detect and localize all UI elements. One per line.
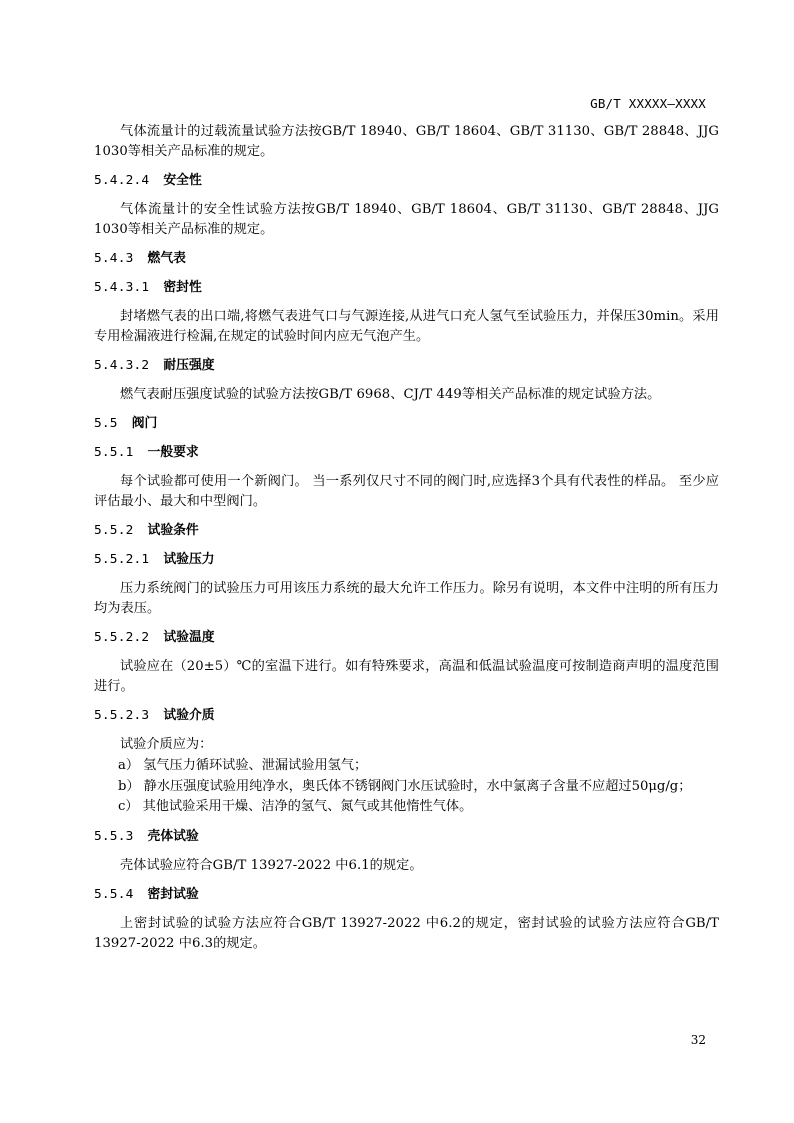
document-page: GB/T XXXXX—XXXX 气体流量计的过载流量试验方法按GB/T 1894… (0, 0, 794, 1123)
section-number: 5.4.3.1 (94, 280, 149, 295)
section-blocks: 气体流量计的过载流量试验方法按GB/T 18940、GB/T 18604、GB/… (94, 122, 719, 726)
page-number: 32 (691, 1033, 706, 1047)
section-heading: 5.4.3.2耐压强度 (94, 356, 719, 376)
section-number: 5.5.4 (94, 887, 134, 902)
list-item: b）静水压强度试验用纯净水，奥氏体不锈钢阀门水压试验时，水中氯离子含量不应超过5… (94, 777, 719, 798)
section-heading: 5.5阀门 (94, 414, 719, 434)
list-marker: b） (118, 779, 140, 794)
section-heading: 5.5.2.1试验压力 (94, 550, 719, 570)
section-heading: 5.4.3燃气表 (94, 249, 719, 269)
section-number: 5.4.3.2 (94, 358, 149, 373)
section-number: 5.5.2.2 (94, 630, 149, 645)
section-heading: 5.5.2.2试验温度 (94, 628, 719, 648)
body-paragraph: 试验应在（20±5）℃的室温下进行。如有特殊要求，高温和低温试验温度可按制造商声… (94, 657, 719, 697)
document-code-header: GB/T XXXXX—XXXX (590, 96, 706, 111)
medium-intro: 试验介质应为： (94, 735, 719, 755)
section-number: 5.4.2.4 (94, 173, 149, 188)
section-number: 5.4.3 (94, 251, 134, 266)
section-number: 5.5.2.1 (94, 552, 149, 567)
section-title: 一般要求 (148, 445, 199, 460)
body-paragraph: 气体流量计的过载流量试验方法按GB/T 18940、GB/T 18604、GB/… (94, 122, 719, 162)
section-heading: 5.4.2.4安全性 (94, 171, 719, 191)
body-paragraph: 压力系统阀门的试验压力可用该压力系统的最大允许工作压力。除另有说明，本文件中注明… (94, 579, 719, 619)
list-item: c）其他试验采用干燥、洁净的氢气、氮气或其他惰性气体。 (94, 797, 719, 818)
medium-list: a）氢气压力循环试验、泄漏试验用氢气； b）静水压强度试验用纯净水，奥氏体不锈钢… (94, 756, 719, 818)
list-marker: c） (118, 799, 139, 814)
section-heading: 5.5.2.3试验介质 (94, 706, 719, 726)
section-title: 安全性 (163, 173, 201, 188)
list-item-text: 氢气压力循环试验、泄漏试验用氢气； (143, 758, 367, 773)
section-heading: 5.5.2试验条件 (94, 521, 719, 541)
list-item-text: 其他试验采用干燥、洁净的氢气、氮气或其他惰性气体。 (143, 799, 473, 814)
section-title: 试验条件 (148, 523, 199, 538)
body-paragraph: 封堵燃气表的出口端,将燃气表进气口与气源连接,从进气口充人氢气至试验压力，并保压… (94, 307, 719, 347)
section-number: 5.5.3 (94, 829, 134, 844)
section-title: 密封试验 (148, 887, 199, 902)
section-heading: 5.4.3.1密封性 (94, 278, 719, 298)
page-content: 气体流量计的过载流量试验方法按GB/T 18940、GB/T 18604、GB/… (94, 122, 719, 963)
body-paragraph: 燃气表耐压强度试验的试验方法按GB/T 6968、CJ/T 449等相关产品标准… (94, 385, 719, 405)
section-title: 试验介质 (163, 708, 214, 723)
list-item: a）氢气压力循环试验、泄漏试验用氢气； (94, 756, 719, 777)
body-paragraph: 壳体试验应符合GB/T 13927-2022 中6.1的规定。 (94, 856, 719, 876)
section-title: 试验温度 (163, 630, 214, 645)
body-paragraph: 上密封试验的试验方法应符合GB/T 13927-2022 中6.2的规定，密封试… (94, 914, 719, 954)
list-marker: a） (118, 758, 139, 773)
section-number: 5.5.2.3 (94, 708, 149, 723)
list-item-text: 静水压强度试验用纯净水，奥氏体不锈钢阀门水压试验时，水中氯离子含量不应超过50μ… (144, 779, 692, 794)
section-title: 燃气表 (148, 251, 186, 266)
section-title: 耐压强度 (163, 358, 214, 373)
section-title: 试验压力 (163, 552, 214, 567)
section-number: 5.5.1 (94, 445, 134, 460)
section-heading: 5.5.4密封试验 (94, 885, 719, 905)
section-heading: 5.5.1一般要求 (94, 443, 719, 463)
section-title: 阀门 (132, 416, 158, 431)
section-heading: 5.5.3壳体试验 (94, 827, 719, 847)
section-title: 密封性 (163, 280, 201, 295)
body-paragraph: 每个试验都可使用一个新阀门。 当一系列仅尺寸不同的阀门时,应选择3个具有代表性的… (94, 472, 719, 512)
tail-section-blocks: 5.5.3壳体试验壳体试验应符合GB/T 13927-2022 中6.1的规定。… (94, 827, 719, 954)
section-title: 壳体试验 (148, 829, 199, 844)
body-paragraph: 气体流量计的安全性试验方法按GB/T 18940、GB/T 18604、GB/T… (94, 200, 719, 240)
section-number: 5.5 (94, 416, 118, 431)
section-number: 5.5.2 (94, 523, 134, 538)
